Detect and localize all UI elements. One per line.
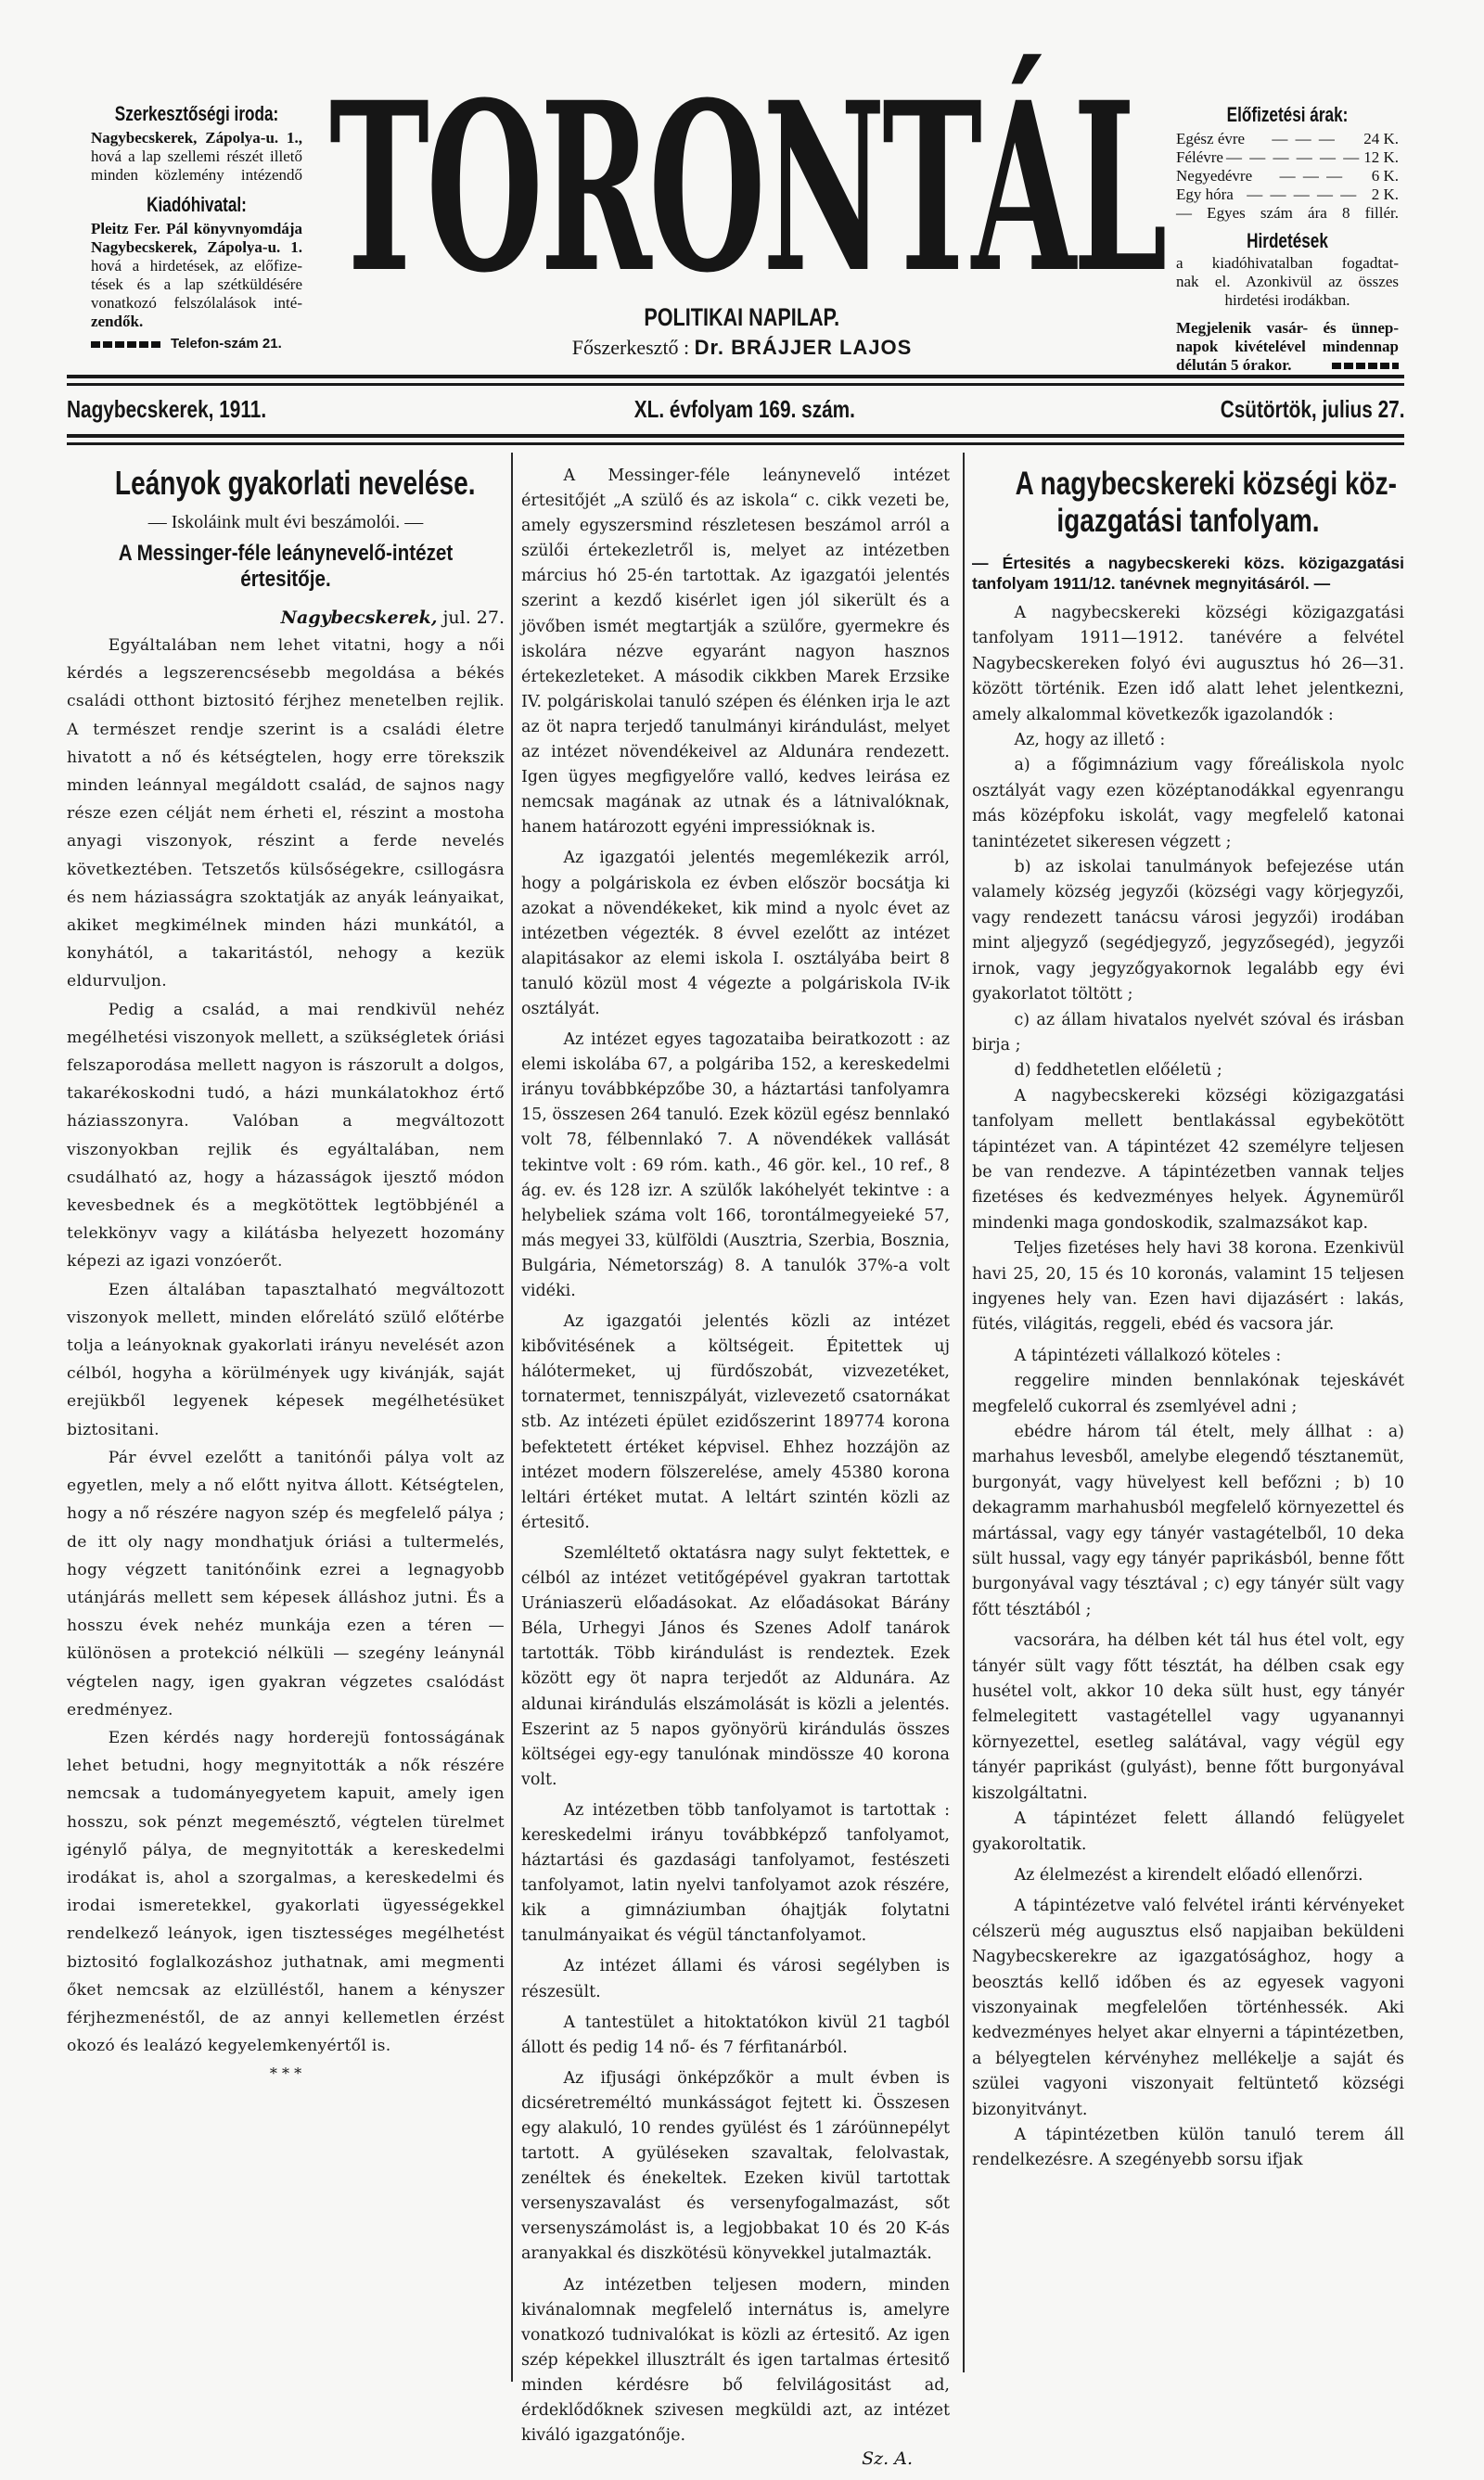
paragraph: Pedig a család, a mai rendkivül nehéz me… xyxy=(67,996,505,1276)
section-separator: * * * xyxy=(67,2067,505,2080)
column-divider xyxy=(963,453,965,2372)
article-middle: A Messinger-féle leánynevelő intézet ért… xyxy=(521,464,950,2469)
office-address: Nagybecskerek, Zápolya-u. 1., xyxy=(91,129,302,147)
article-kicker: — Iskoláink mult évi beszámolói. — xyxy=(67,512,505,533)
list-item: d) feddhetetlen előéletü ; xyxy=(972,1058,1404,1083)
subscription-box: Előfizetési árak: Egész évre— — —24 K. F… xyxy=(1176,106,1399,375)
day-date: Csütörtök, julius 27. xyxy=(1220,395,1404,424)
prices-heading: Előfizetési árak: xyxy=(1200,106,1374,124)
paragraph: Az intézetben teljesen modern, minden ki… xyxy=(521,2273,950,2449)
list-item: a) a főgimnázium vagy főreáliskola nyolc… xyxy=(972,753,1404,855)
article-body: Egyáltalában nem lehet vitatni, hogy a n… xyxy=(67,632,505,2060)
paragraph: ebédre három tál ételt, mely állhat : a)… xyxy=(972,1420,1404,1623)
editor-label: Főszerkesztő : xyxy=(572,336,689,359)
publisher-line: hová a hirdetések, az előfize- xyxy=(91,257,302,275)
price-row: Negyedévre— — —6 K. xyxy=(1176,167,1399,185)
paragraph: reggelire minden bennlakónak tejeskávét … xyxy=(972,1369,1404,1420)
paragraph: A Messinger-féle leánynevelő intézet ért… xyxy=(521,464,950,840)
schedule-row: délután 5 órakor. xyxy=(1176,356,1399,375)
phone-number: Telefon-szám 21. xyxy=(171,335,282,353)
header-rule xyxy=(67,375,1404,378)
publisher-line: vonatkozó felszólalások inté- xyxy=(91,294,302,313)
price-row: Egész évre— — —24 K. xyxy=(1176,130,1399,148)
article-body: A nagybecskereki községi közigazgatási t… xyxy=(972,601,1404,2174)
editorial-office-box: Szerkesztőségi iroda: Nagybecskerek, Záp… xyxy=(91,105,302,353)
paragraph: Ezen általában tapasztalható megváltozot… xyxy=(67,1276,505,1444)
article-headline: A nagybecskereki községi köz- xyxy=(1016,466,1362,503)
place-year: Nagybecskerek, 1911. xyxy=(67,395,266,424)
header-rule xyxy=(67,434,1404,438)
article-subhead: A Messinger-féle leánynevelő-intézet ért… xyxy=(97,541,474,593)
schedule-line: Megjelenik vasár- és ünnep- xyxy=(1176,319,1399,338)
paragraph: Az intézet egyes tagozataiba beiratkozot… xyxy=(521,1028,950,1304)
price-row: Félévre— — — — — —12 K. xyxy=(1176,148,1399,167)
paragraph: Az élelmezést a kirendelt előadó ellenőr… xyxy=(972,1863,1404,1888)
single-issue-price: — Egyes szám ára 8 fillér. xyxy=(1176,204,1399,223)
column-divider xyxy=(511,453,513,2382)
article-headline: igazgatási tanfolyam. xyxy=(1016,503,1362,540)
header-rule xyxy=(67,383,1404,386)
article-deck: — Értesités a nagybecskereki közs. közig… xyxy=(972,553,1404,594)
paragraph: A tápintézet felett állandó felügyelet g… xyxy=(972,1807,1404,1858)
paragraph: A nagybecskereki községi közigazgatási t… xyxy=(972,601,1404,728)
publisher-heading: Kiadóhivatal: xyxy=(114,196,279,214)
paragraph: A tápintézeti vállalkozó köteles : xyxy=(972,1344,1404,1369)
paragraph: A tápintézetve való felvétel iránti kérv… xyxy=(972,1894,1404,2123)
office-note: hová a lap szellemi részét illető xyxy=(91,147,302,166)
decorative-bar xyxy=(91,341,163,348)
paragraph: A nagybecskereki községi közigazgatási t… xyxy=(972,1084,1404,1236)
dateline-bar: Nagybecskerek, 1911. XL. évfolyam 169. s… xyxy=(67,393,1404,425)
paragraph: Az igazgatói jelentés megemlékezik arról… xyxy=(521,846,950,1022)
paragraph: A tantestület a hitoktatókon kivül 21 ta… xyxy=(521,2011,950,2061)
list-item: c) az állam hivatalos nyelvét szóval és … xyxy=(972,1008,1404,1059)
list-item: b) az iskolai tanulmányok befejezése utá… xyxy=(972,855,1404,1007)
decorative-bar xyxy=(1332,363,1399,369)
author-signature: Sz. A. xyxy=(521,2448,950,2469)
article-dateline: Nagybecskerek, jul. 27. xyxy=(67,607,505,628)
header-rule xyxy=(67,442,1404,445)
paragraph: A tápintézetben külön tanuló terem áll r… xyxy=(972,2123,1404,2174)
publisher-line: Nagybecskerek, Zápolya-u. 1. xyxy=(91,238,302,257)
publisher-line: zendők. xyxy=(91,313,302,331)
ads-line: a kiadóhivatalban fogadtat- xyxy=(1176,254,1399,273)
article-left: Leányok gyakorlati nevelése. — Iskoláink… xyxy=(67,456,505,2080)
paragraph: Az igazgatói jelentés közli az intézet k… xyxy=(521,1310,950,1536)
article-right: A nagybecskereki községi köz- igazgatási… xyxy=(972,456,1404,2174)
paragraph: Ezen kérdés nagy horderejü fontosságának… xyxy=(67,1724,505,2060)
schedule-line: délután 5 órakor. xyxy=(1176,356,1292,375)
paragraph: Az intézet állami és városi segélyben is… xyxy=(521,1954,950,2004)
paragraph: Egyáltalában nem lehet vitatni, hogy a n… xyxy=(67,632,505,996)
office-heading: Szerkesztőségi iroda: xyxy=(114,105,279,123)
ads-heading: Hirdetések xyxy=(1200,232,1374,250)
paragraph: Az ifjusági önképzőkör a mult évben is d… xyxy=(521,2066,950,2268)
schedule-line: napok kivételével mindennap xyxy=(1176,338,1399,356)
ads-line: nak el. Azonkivül az összes xyxy=(1176,273,1399,291)
newspaper-title: TORONTÁL xyxy=(329,85,1118,289)
office-note: minden közlemény intézendő xyxy=(91,166,302,185)
newspaper-subtitle: POLITIKAI NAPILAP. xyxy=(352,303,1132,332)
paragraph: Teljes fizetéses hely havi 38 korona. Ez… xyxy=(972,1236,1404,1338)
article-headline: Leányok gyakorlati nevelése. xyxy=(115,464,456,503)
editor-name: Dr. BRÁJJER LAJOS xyxy=(695,336,913,359)
paragraph: Szemléltető oktatásra nagy sulyt fektett… xyxy=(521,1541,950,1793)
publisher-line: Pleitz Fer. Pál könyvnyomdája xyxy=(91,220,302,238)
paragraph: Pár évvel ezelőtt a tanitónői pálya volt… xyxy=(67,1444,505,1724)
publisher-line: tések és a lap szétküldésére xyxy=(91,275,302,294)
price-row: Egy hóra— — — — —2 K. xyxy=(1176,185,1399,204)
paragraph: Az intézetben több tanfolyamot is tartot… xyxy=(521,1798,950,1949)
paragraph: Az, hogy az illető : xyxy=(972,728,1404,753)
phone-row: Telefon-szám 21. xyxy=(91,335,302,353)
volume-issue: XL. évfolyam 169. szám. xyxy=(634,395,855,424)
ads-line: hirdetési irodákban. xyxy=(1176,291,1399,310)
paragraph: vacsorára, ha délben két tál hus étel vo… xyxy=(972,1629,1404,1807)
editor-in-chief: Főszerkesztő : Dr. BRÁJJER LAJOS xyxy=(352,336,1132,360)
article-body: A Messinger-féle leánynevelő intézet ért… xyxy=(521,464,950,2448)
